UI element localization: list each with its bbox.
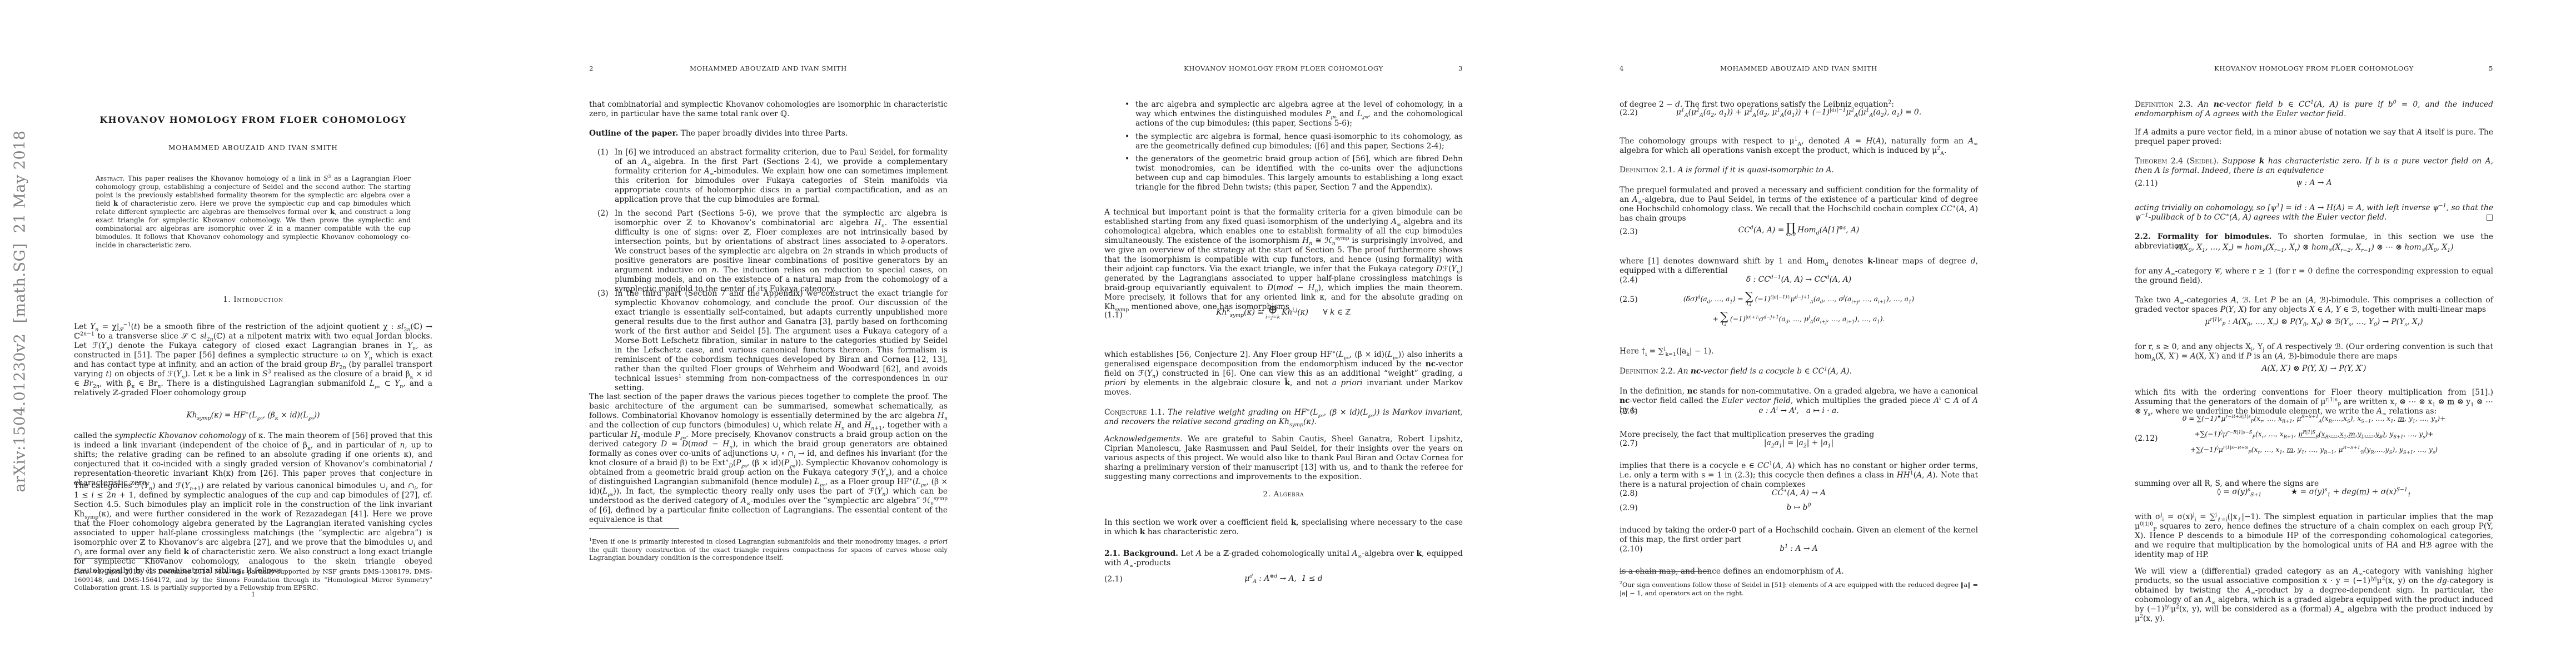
equation-2-4: (2.4) δ : CCd−1(A, A) → CCd(A, A) [1620,275,1978,285]
arxiv-paper-5-pages: arXiv:1504.01230v2 [math.SG] 21 May 2018… [0,0,2576,667]
list-item-2: (2) In the second Part (Sections 5-6), w… [589,209,948,294]
equation-2-8: (2.8) CC∗(A, A) → A [1620,488,1978,499]
equation-khsymp: Khsymp(κ) = HF∗(L℘₀, (βκ × id)(L℘₀)) [74,410,432,421]
list-item-3: (3) In the third part (Section 7 and the… [589,289,948,393]
equation-label: (2.7) [1620,439,1638,449]
theorem-continuation: acting trivially on cohomology, so [ψ1] … [2135,203,2493,222]
date-footnote-text: v1: April 2015. v2: December 2017. M.A. … [74,568,432,591]
conjecture-1-1: Conjecture 1.1. The relative weight grad… [1104,408,1463,427]
running-head: KHOVANOV HOMOLOGY FROM FLOER COHOMOLOGY … [1104,64,1463,72]
header-page-number: 5 [2489,64,2493,72]
header-page-number: 3 [1458,64,1463,72]
definition-text: An nc-vector field is a cocycle b ∈ CC1(… [1678,367,1852,376]
paper-title: KHOVANOV HOMOLOGY FROM FLOER COHOMOLOGY [74,115,432,125]
page-4: 4 MOHAMMED ABOUZAID AND IVAN SMITH of de… [1546,0,2061,667]
paragraph: The cohomology groups with respect to μ1… [1620,137,1978,156]
abstract-text: This paper realises the Khovanov homolog… [96,175,411,249]
equation-abbreviation-body: 𝒞(X0, X1, …, Xr) = hom𝒞(Xr−1, Xr) ⊗ hom𝒞… [2174,242,2453,253]
paragraph: In this section we work over a coefficie… [1104,518,1463,537]
equation-2-12-line-1: 0 = ∑(−1)★μr−R+S|1|sP(xr, …, xR+1, μR−S+… [2183,414,2446,424]
equation-2-10-body: b1 : A → A [1780,544,1818,554]
equation-label: (2.5) [1620,295,1638,305]
equation-2-5-term-2: (−1)|σ|+†ᵢσd−j+1(ad, …, μjA(ai+j, …, ai+… [1730,314,1885,325]
equation-2-4-body: δ : CCd−1(A, A) → CCd(A, A) [1746,275,1851,285]
list-item-1: (1) In [6] we introduced an abstract for… [589,148,948,205]
abstract: Abstract. This paper realises the Khovan… [96,175,411,250]
page-2: 2 MOHAMMED ABOUZAID AND IVAN SMITH that … [515,0,1030,667]
definition-2-3: Definition 2.3. An nc-vector field b ∈ C… [2135,100,2493,119]
page-1: arXiv:1504.01230v2 [math.SG] 21 May 2018… [0,0,515,667]
plus-sign: + [1713,314,1718,325]
equation-2-2-body: μ1A(μ2A(a2, a1)) + μ2A(a2, μ1A(a1)) + (−… [1676,107,1921,118]
paragraph: that combinatorial and symplectic Khovan… [589,100,948,119]
page-5: KHOVANOV HOMOLOGY FROM FLOER COHOMOLOGY … [2061,0,2576,667]
bullet-icon: • [1125,100,1129,109]
paragraph: with σji = σ(x)ji = ∑jℓ=i(|xℓ|−1). The s… [2135,512,2493,560]
list-item-1-text: In [6] we introduced an abstract formali… [615,148,948,204]
equation-label: (2.9) [1620,503,1638,514]
sum-operator: ∑ i,j [1720,311,1728,327]
equation-2-3-left: CCd(A, A) = [1738,225,1785,236]
equation-label: (2.11) [2135,178,2158,189]
list-item-3-text: In the third part (Section 7 and the App… [615,289,948,392]
paragraph: induced by taking the order-0 part of a … [1620,526,1978,545]
equation-label: (2.10) [1620,544,1643,555]
equation-2-2: (2.2) μ1A(μ2A(a2, a1)) + μ2A(a2, μ1A(a1)… [1620,107,1978,118]
bullet-item-1: • the arc algebra and symplectic arc alg… [1104,100,1463,128]
equation-2-5-line-1: (2.5) (δσ)d(ad, …, a1) = ∑ i,j (−1)(|σ|−… [1620,291,1978,307]
equation-label: (1.1) [1104,310,1123,321]
definition-2-2: Definition 2.2. An nc-vector field is a … [1620,367,1978,376]
paragraph: which fits with the ordering conventions… [2135,388,2493,416]
header-title: KHOVANOV HOMOLOGY FROM FLOER COHOMOLOGY [2135,64,2493,72]
footnote-rule [1620,571,1710,572]
equation-2-12: (2.12) 0 = ∑(−1)★μr−R+S|1|sP(xr, …, xR+1… [2135,414,2493,455]
equation-label: (2.1) [1104,574,1123,585]
definition-label: Definition 2.3. [2135,100,2193,109]
paragraph: The prequel formulated and proved a nece… [1620,186,1978,223]
paragraph: which establishes [56, Conjecture 2]. An… [1104,350,1463,397]
equation-2-10: (2.10) b1 : A → A [1620,544,1978,554]
header-title: MOHAMMED ABOUZAID AND IVAN SMITH [1620,64,1978,72]
list-item-3-number: (3) [597,289,609,298]
footnote-rule [74,558,164,559]
bullet-3-text: the generators of the geometric braid gr… [1135,155,1463,192]
bullet-icon: • [1125,155,1129,164]
equation-2-3-right: Homd(A[1]⊗s, A) [1797,225,1859,236]
header-page-number: 4 [1620,64,1624,72]
theorem-2-4: Theorem 2.4 (Seidel). Suppose k has char… [2135,157,2493,176]
equation-signs: ◊ = σ(y)sS+1 ★ = σ(y)s1 + deg(m) + σ(x)S… [2135,487,2493,497]
equation-1-1-right: Khi,j(κ) ∀ k ∈ ℤ [1282,307,1351,318]
subsection-background: 2.1. Background. Let A be a ℤ-graded coh… [1104,549,1463,568]
theorem-continuation-text: acting trivially on cohomology, so [ψ1] … [2135,203,2493,222]
direct-sum-operator: ⊕ i−j=k [1265,305,1280,320]
equation-1-1-left: Khksymp(κ) ≅ [1216,307,1264,318]
paragraph: Take two A∞-categories A, ℬ. Let P be an… [2135,296,2493,315]
list-item-1-number: (1) [597,148,609,157]
header-title: MOHAMMED ABOUZAID AND IVAN SMITH [589,64,948,72]
equation-label: (2.8) [1620,489,1638,499]
list-item-2-number: (2) [597,209,609,218]
arxiv-stamp: arXiv:1504.01230v2 [math.SG] 21 May 2018 [12,130,29,492]
footnote-1: 1Even if one is primarily interested in … [589,537,948,561]
equation-2-5-lhs: (δσ)d(ad, …, a1) = [1683,294,1743,305]
intro-paragraph-1: Let Yn = χ|𝒮−1(t) be a smooth fibre of t… [74,322,432,398]
page-3: KHOVANOV HOMOLOGY FROM FLOER COHOMOLOGY … [1030,0,1546,667]
definition-text: A is formal if it is quasi-isomorphic to… [1678,166,1834,175]
equation-2-1-body: μdA : A⊗d → A, 1 ≤ d [1244,574,1322,584]
equation-bimodule-maps-body: μr|1|sP : A(X0, …, Xr) ⊗ P(Y0, X0) ⊗ ℬ(Y… [2205,317,2423,327]
equation-2-9-body: b ↦ b0 [1787,502,1811,513]
paragraph: We will view a (differential) graded cat… [2135,567,2493,624]
equation-2-5-term-1: (−1)(|σ|−1)†ᵢμd−j+1A(ad, …, σj(ai+j, …, … [1755,294,1914,305]
acknowledgements-label: Acknowledgements. [1104,435,1183,444]
equation-2-9: (2.9) b ↦ b0 [1620,502,1978,513]
outline-text: The paper broadly divides into three Par… [681,129,848,138]
footnote-2: 2Our sign conventions follow those of Se… [1620,581,1978,596]
theorem-label: Theorem 2.4 (Seidel). [2135,157,2219,166]
intro-paragraph-2: called the symplectic Khovanov cohomolog… [74,431,432,488]
bullet-item-3: • the generators of the geometric braid … [1104,155,1463,192]
acknowledgements: Acknowledgements. We are grateful to Sab… [1104,435,1463,482]
qed-box: □ [2486,213,2493,222]
definition-label: Definition 2.2. [1620,367,1675,376]
list-item-2-text: In the second Part (Sections 5-6), we pr… [615,209,948,293]
equation-2-1: (2.1) μdA : A⊗d → A, 1 ≤ d [1104,574,1463,584]
paragraph: Here †i = ∑ik=1(|ak| − 1). [1620,347,1978,356]
paragraph: where [1] denotes downward shift by 1 an… [1620,257,1978,276]
equation-2-5-line-2: + ∑ i,j (−1)|σ|+†ᵢσd−j+1(ad, …, μjA(ai+j… [1620,311,1978,327]
equation-2-8-body: CC∗(A, A) → A [1772,488,1826,499]
equation-2-12-line-2: +∑(−1)◊μr−R|1|s−SP(xr, …, xR+1, μR|1|SP(… [2194,429,2433,440]
abstract-label: Abstract. [96,175,124,182]
paragraph: A technical but important point is that … [1104,208,1463,312]
equation-abbreviation: 𝒞(X0, X1, …, Xr) = hom𝒞(Xr−1, Xr) ⊗ hom𝒞… [2135,242,2493,253]
equation-2-6-body: e : Ai → Ai, a ↦ i · a. [1758,406,1838,416]
section-algebra: 2. Algebra [1104,490,1463,499]
outline-label: Outline of the paper. [589,129,678,138]
page-number-1: 1 [74,590,432,598]
date-label: Date: [74,568,91,575]
equation-module-action: A(X, X′) ⊗ P(Y, X) → P(Y, X′) [2135,364,2493,374]
paragraph: for any A∞-category 𝒞, where r ≥ 1 (for … [2135,267,2493,286]
equation-2-3: (2.3) CCd(A, A) = ∏ s≥0 Homd(A[1]⊗s, A) [1620,222,1978,238]
conjecture-label: Conjecture 1.1. [1104,408,1164,417]
equation-module-action-body: A(X, X′) ⊗ P(Y, X) → P(Y, X′) [2261,364,2366,374]
paper-authors: MOHAMMED ABOUZAID AND IVAN SMITH [74,144,432,152]
paragraph: for r, s ≥ 0, and any objects Xi, Yj of … [2135,342,2493,361]
running-head: 4 MOHAMMED ABOUZAID AND IVAN SMITH [1620,64,1978,72]
paragraph: The last section of the paper draws the … [589,392,948,525]
intro-paragraph-3: The categories ℱ(Yn) and ℱ(Yn+1) are rel… [74,481,432,576]
equation-2-7: (2.7) |a2a1| = |a2| + |a1| [1620,438,1978,449]
equation-2-7-body: |a2a1| = |a2| + |a1| [1764,438,1833,449]
date-footnote: Date: v1: April 2015. v2: December 2017.… [74,568,432,591]
equation-khsymp-body: Khsymp(κ) = HF∗(L℘₀, (βκ × id)(L℘₀)) [186,410,320,421]
outline-paragraph: Outline of the paper. The paper broadly … [589,129,948,138]
equation-label: (2.2) [1620,108,1638,118]
bullet-item-2: • the symplectic arc algebra is formal, … [1104,132,1463,151]
subsection-label: 2.2. Formality for bimodules. [2135,232,2271,241]
running-head: 2 MOHAMMED ABOUZAID AND IVAN SMITH [589,64,948,72]
equation-2-12-line-3: +∑(−1)◊μr|1|s−R+SP(xr, …, x1, m, y1, …, … [2190,445,2438,455]
footnote-rule [589,528,679,529]
bullet-icon: • [1125,132,1129,142]
header-page-number: 2 [589,64,594,72]
header-title: KHOVANOV HOMOLOGY FROM FLOER COHOMOLOGY [1104,64,1463,72]
equation-label: (2.12) [2135,434,2158,444]
equation-signs-body: ◊ = σ(y)sS+1 ★ = σ(y)s1 + deg(m) + σ(x)S… [2217,487,2411,497]
paragraph: implies that there is a cocycle e ∈ CC1(… [1620,461,1978,490]
equation-2-11: (2.11) ψ : A → A [2135,178,2493,188]
product-operator: ∏ s≥0 [1786,222,1796,238]
equation-2-11-body: ψ : A → A [2296,178,2332,188]
running-head: KHOVANOV HOMOLOGY FROM FLOER COHOMOLOGY … [2135,64,2493,72]
equation-1-1: (1.1) Khksymp(κ) ≅ ⊕ i−j=k Khi,j(κ) ∀ k … [1104,305,1463,320]
background-label: 2.1. Background. [1104,549,1178,558]
equation-label: (2.4) [1620,275,1638,286]
equation-bimodule-maps: μr|1|sP : A(X0, …, Xr) ⊗ P(Y0, X0) ⊗ ℬ(Y… [2135,317,2493,327]
equation-label: (2.3) [1620,227,1638,237]
bullet-2-text: the symplectic arc algebra is formal, he… [1135,132,1463,151]
bullet-1-text: the arc algebra and symplectic arc algeb… [1135,100,1463,128]
paragraph: If A admits a pure vector field, in a mi… [2135,128,2493,147]
definition-2-1: Definition 2.1. A is formal if it is qua… [1620,166,1978,175]
definition-label: Definition 2.1. [1620,166,1675,175]
equation-label: (2.6) [1620,406,1638,417]
section-introduction: 1. Introduction [74,296,432,304]
equation-2-6: (2.6) e : Ai → Ai, a ↦ i · a. [1620,406,1978,416]
sum-operator: ∑ i,j [1745,291,1753,307]
